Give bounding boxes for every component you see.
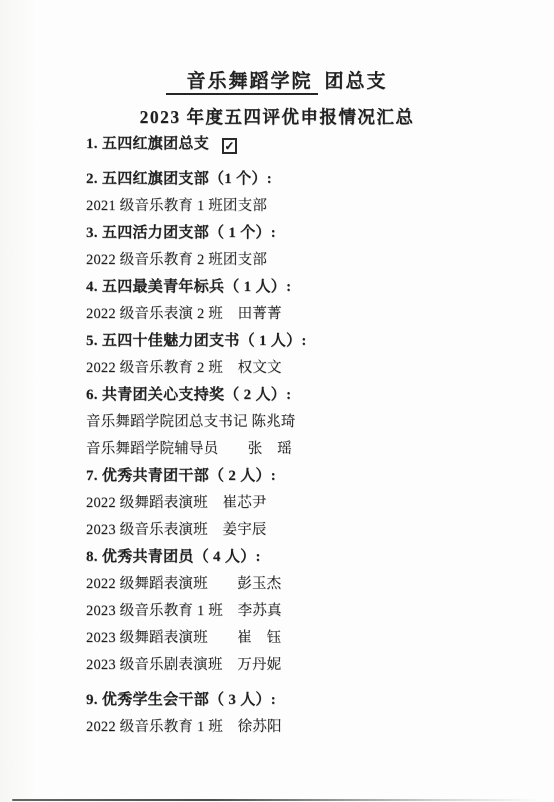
document-subtitle: 2023 年度五四评优申报情况汇总	[0, 104, 554, 129]
section-1-heading: 1. 五四红旗团总支✓	[86, 131, 554, 158]
award-entry: 2022 级音乐教育 1 班 徐苏阳	[86, 714, 554, 741]
award-entry: 2021 级音乐教育 1 班团支部	[86, 193, 554, 220]
title-school-underlined: 音乐舞蹈学院	[166, 71, 317, 95]
award-entry: 2022 级音乐教育 2 班 权文文	[86, 355, 554, 382]
award-entry: 2023 级舞蹈表演班 崔 钰	[86, 625, 554, 652]
award-entry: 2022 级音乐教育 2 班团支部	[86, 247, 554, 274]
title-org: 团总支	[325, 71, 388, 92]
award-entry: 2023 级音乐表演班 姜宇辰	[86, 517, 554, 544]
award-entry: 音乐舞蹈学院团总支书记 陈兆琦	[86, 409, 554, 436]
section-6-heading: 6. 共青团关心支持奖（ 2 人）:	[86, 382, 554, 409]
section-4-heading: 4. 五四最美青年标兵（ 1 人）:	[86, 274, 554, 301]
section-2-heading: 2. 五四红旗团支部（1 个）:	[86, 166, 554, 193]
award-entry: 2023 级音乐剧表演班 万丹妮	[86, 652, 554, 679]
award-entry: 音乐舞蹈学院辅导员 张 瑶	[86, 436, 554, 463]
scanned-document-page: 音乐舞蹈学院团总支 2023 年度五四评优申报情况汇总 1. 五四红旗团总支✓ …	[0, 0, 554, 802]
section-7-heading: 7. 优秀共青团干部（ 2 人）:	[86, 463, 554, 490]
section-9-heading: 9. 优秀学生会干部（ 3 人）:	[86, 687, 554, 714]
checked-checkbox-icon: ✓	[222, 138, 237, 154]
award-entry: 2022 级舞蹈表演班 彭玉杰	[86, 571, 554, 598]
award-entry: 2023 级音乐教育 1 班 李苏真	[86, 598, 554, 625]
document-title: 音乐舞蹈学院团总支	[0, 0, 554, 93]
section-3-heading: 3. 五四活力团支部（ 1 个）:	[86, 220, 554, 247]
section-8-heading: 8. 优秀共青团员（ 4 人）:	[86, 544, 554, 571]
award-entry: 2022 级舞蹈表演班 崔芯尹	[86, 490, 554, 517]
document-body: 1. 五四红旗团总支✓ 2. 五四红旗团支部（1 个）: 2021 级音乐教育 …	[86, 131, 554, 741]
section-1-heading-text: 1. 五四红旗团总支	[86, 136, 209, 152]
section-5-heading: 5. 五四十佳魅力团支书（ 1 人）:	[86, 328, 554, 355]
page-bottom-scan-edge	[12, 799, 542, 801]
award-entry: 2022 级音乐表演 2 班 田菁菁	[86, 301, 554, 328]
